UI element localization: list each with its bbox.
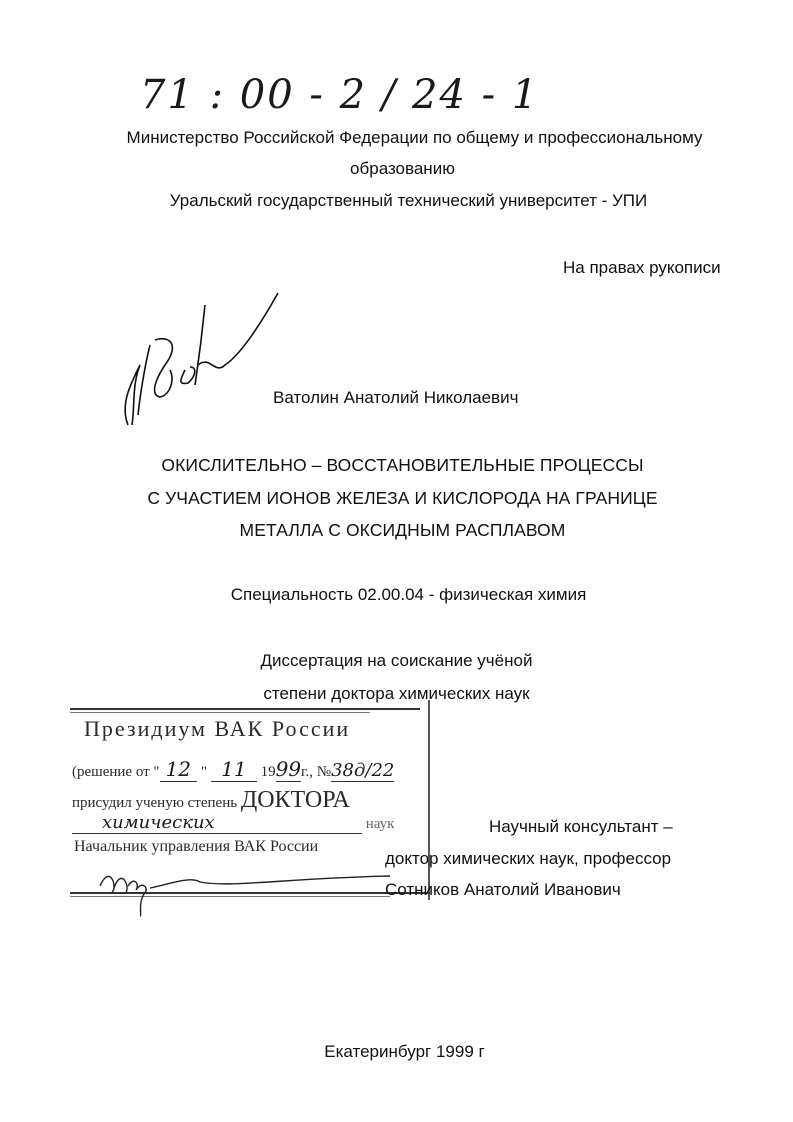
decision-day: 12 [160, 757, 197, 782]
decision-month: 11 [211, 757, 256, 782]
author-name: Ватолин Анатолий Николаевич [273, 388, 518, 408]
author-signature-icon [110, 285, 280, 435]
field-suffix: наук [366, 816, 395, 832]
vak-signature-icon [90, 858, 390, 918]
consultant-degree: доктор химических наук, профессор [385, 849, 671, 869]
decision-year-prefix: 19 [261, 764, 276, 780]
archive-code: 71 : 00 - 2 / 24 - 1 [140, 72, 539, 118]
title-line-1: ОКИСЛИТЕЛЬНО – ВОССТАНОВИТЕЛЬНЫЕ ПРОЦЕСС… [6, 455, 793, 476]
stamp-awarded-line: присудил ученую степень ДОКТОРА [72, 787, 350, 814]
stamp-title: Президиум ВАК России [84, 716, 350, 742]
specialty: Специальность 02.00.04 - физическая хими… [12, 585, 793, 605]
awarded-text: присудил ученую степень [72, 795, 237, 811]
dissertation-line-2: степени доктора химических наук [0, 684, 793, 704]
title-line-3: МЕТАЛЛА С ОКСИДНЫМ РАСПЛАВОМ [6, 520, 793, 541]
ministry-line-1: Министерство Российской Федерации по общ… [18, 128, 793, 148]
consultant-name: Сотников Анатолий Иванович [385, 880, 621, 900]
decision-prefix: (решение от " [72, 764, 160, 780]
stamp-field-line: химических наук [72, 812, 427, 834]
ministry-line-2: образованию [6, 159, 793, 179]
dissertation-line-1: Диссертация на соискание учёной [0, 651, 793, 671]
decision-number: 38д/22 [331, 760, 394, 782]
decision-quote: " [201, 764, 207, 780]
manuscript-rights: На правах рукописи [563, 258, 721, 278]
stamp-decision-line: (решение от "12"111999г., №38д/22 [72, 757, 394, 781]
university-name: Уральский государственный технический ун… [12, 191, 793, 211]
city-year: Екатеринбург 1999 г [8, 1042, 793, 1062]
decision-year-g: г., № [301, 764, 331, 780]
consultant-label: Научный консультант – [489, 817, 673, 837]
decision-year: 99 [276, 757, 301, 782]
stamp-head-title: Начальник управления ВАК России [74, 838, 318, 856]
field-handwritten: химических [72, 812, 362, 834]
title-line-2: С УЧАСТИЕМ ИОНОВ ЖЕЛЕЗА И КИСЛОРОДА НА Г… [6, 488, 793, 509]
awarded-degree: ДОКТОРА [241, 787, 350, 813]
